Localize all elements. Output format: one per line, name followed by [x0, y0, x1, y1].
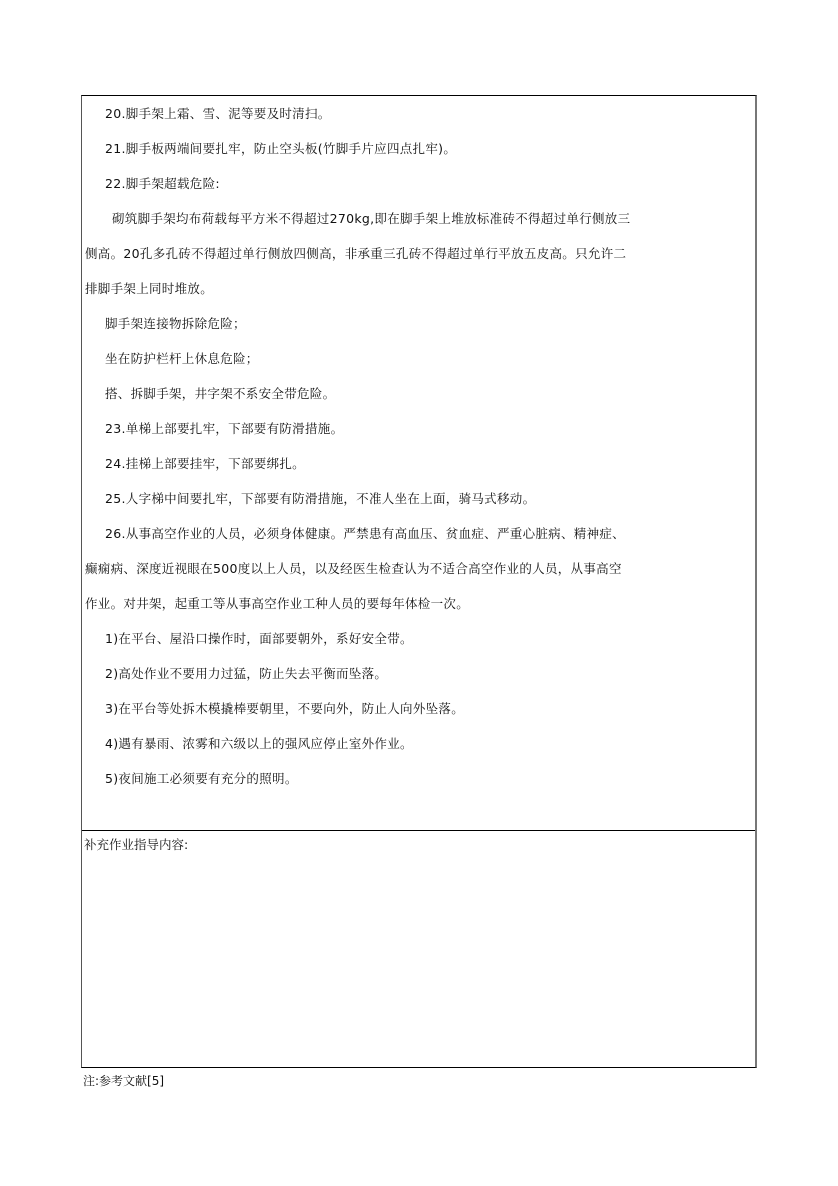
text-line: 坐在防护栏杆上休息危险；: [105, 351, 259, 367]
text-line: 5)夜间施工必须要有充分的照明。: [105, 771, 298, 787]
text-line: 20.脚手架上霜、雪、泥等要及时清扫。: [105, 106, 331, 122]
text-line: 癫痫病、深度近视眼在500度以上人员，以及经医生检查认为不适合高空作业的人员，从…: [85, 561, 622, 577]
text-line: 脚手架连接物拆除危险；: [105, 316, 246, 332]
supplement-label: 补充作业指导内容:: [84, 837, 188, 853]
text-line: 24.挂梯上部要挂牢，下部要绑扎。: [105, 456, 305, 472]
row-divider: [82, 830, 755, 831]
text-line: 4)遇有暴雨、浓雾和六级以上的强风应停止室外作业。: [105, 736, 413, 752]
text-line: 3)在平台等处拆木模撬棒要朝里，不要向外，防止人向外坠落。: [105, 701, 464, 717]
text-line: 25.人字梯中间要扎牢，下部要有防滑措施，不准人坐在上面，骑马式移动。: [105, 491, 535, 507]
text-line: 22.脚手架超载危险:: [105, 176, 220, 192]
text-line: 26.从事高空作业的人员，必须身体健康。严禁患有高血压、贫血症、严重心脏病、精神…: [105, 526, 625, 542]
text-line: 2)高处作业不要用力过猛，防止失去平衡而坠落。: [105, 666, 387, 682]
text-line: 砌筑脚手架均布荷载每平方米不得超过270kg,即在脚手架上堆放标准砖不得超过单行…: [112, 211, 630, 227]
text-line: 21.脚手板两端间要扎牢，防止空头板(竹脚手片应四点扎牢)。: [105, 141, 456, 157]
text-line: 作业。对井架，起重工等从事高空作业工种人员的要每年体检一次。: [85, 596, 469, 612]
text-line: 排脚手架上同时堆放。: [85, 281, 213, 297]
text-line: 23.单梯上部要扎牢，下部要有防滑措施。: [105, 421, 343, 437]
content-table: 20.脚手架上霜、雪、泥等要及时清扫。21.脚手板两端间要扎牢，防止空头板(竹脚…: [81, 95, 757, 1068]
text-line: 侧高。20孔多孔砖不得超过单行侧放四侧高，非承重三孔砖不得超过单行平放五皮高。只…: [85, 246, 626, 262]
text-line: 1)在平台、屋沿口操作时，面部要朝外，系好安全带。: [105, 631, 413, 647]
text-line: 搭、拆脚手架，井字架不系安全带危险。: [105, 386, 335, 402]
footnote: 注:参考文献[5]: [83, 1073, 164, 1089]
